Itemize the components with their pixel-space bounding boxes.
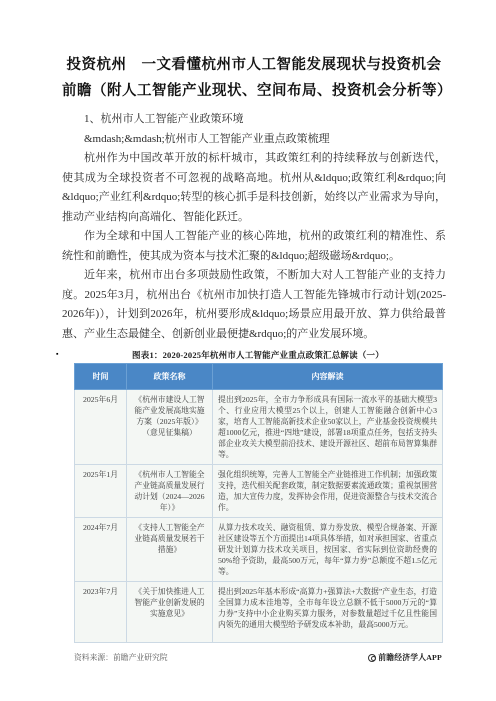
column-header-policy: 政策名称 xyxy=(127,364,213,390)
row1-content: 提出到2025年，全市力争形成具有国际一流水平的基础大模型3个、行业应用大模型2… xyxy=(213,390,443,465)
source-note: 资料来源：前瞻产业研究院 xyxy=(74,652,168,663)
row3-policy: 《支持人工智能全产业链高质量发展若干措施》 xyxy=(127,518,213,582)
page-title-line2: 前瞻（附人工智能产业现状、空间布局、投资机会分析等） xyxy=(62,78,446,104)
row4-content: 提出到2025年基本形成“高算力+强算法+大数据”产业生态，打造全国算力成本洼地… xyxy=(213,582,443,643)
section-heading: 1、杭州市人工智能产业政策环境 xyxy=(62,110,446,130)
figure-caption: 图表1：2020-2025年杭州市人工智能产业重点政策汇总解读（一） xyxy=(74,349,442,361)
paragraph-2: 作为全球和中国人工智能产业的核心阵地，杭州的政策红利的精准性、系统性和前瞻性，使… xyxy=(62,227,446,266)
table-row: 2024年7月 《支持人工智能全产业链高质量发展若干措施》 从算力技术攻关、融资… xyxy=(75,518,443,582)
brand-badge: 前瞻经济学人APP xyxy=(368,652,442,663)
column-header-content: 内容解读 xyxy=(213,364,443,390)
column-header-time: 时间 xyxy=(75,364,127,390)
row2-policy: 《杭州市人工智能全产业链高质量发展行动计划（2024—2026年）》 xyxy=(127,465,213,518)
row3-content: 从算力技术攻关、融资租赁、算力券发放、模型合规备案、开源社区建设等五个方面提出1… xyxy=(213,518,443,582)
list-bullet-icon: ▪ xyxy=(56,350,58,358)
paragraph-1: 杭州作为中国改革开放的标杆城市，其政策红利的持续释放与创新迭代，使其成为全球投资… xyxy=(62,149,446,227)
sub-heading: &mdash;&mdash;杭州市人工智能产业重点政策梳理 xyxy=(62,130,446,150)
figure-footer: 资料来源：前瞻产业研究院 前瞻经济学人APP xyxy=(74,652,442,663)
row3-time: 2024年7月 xyxy=(75,518,127,582)
row1-policy: 《杭州市建设人工智能产业发展高地实施方案（2025年版）》（意见征集稿） xyxy=(127,390,213,465)
table-row: 2025年1月 《杭州市人工智能全产业链高质量发展行动计划（2024—2026年… xyxy=(75,465,443,518)
row4-policy: 《关于加快推进人工智能产业创新发展的实施意见》 xyxy=(127,582,213,643)
figure-block: ▪ 图表1：2020-2025年杭州市人工智能产业重点政策汇总解读（一） 时间 … xyxy=(62,349,446,663)
page-title-line1: 投资杭州 一文看懂杭州市人工智能发展现状与投资机会 xyxy=(62,52,446,78)
brand-label: 前瞻经济学人APP xyxy=(378,652,442,663)
page-title: 投资杭州 一文看懂杭州市人工智能发展现状与投资机会 前瞻（附人工智能产业现状、空… xyxy=(62,52,446,104)
paragraph-3: 近年来，杭州市出台多项鼓励性政策，不断加大对人工智能产业的支持力度。2025年3… xyxy=(62,266,446,344)
policy-table: 时间 政策名称 内容解读 2025年6月 《杭州市建设人工智能产业发展高地实施方… xyxy=(74,363,443,643)
row2-content: 强化组织统筹，完善人工智能全产业链推进工作机制；加强政策支持，迭代相关配套政策，… xyxy=(213,465,443,518)
row2-time: 2025年1月 xyxy=(75,465,127,518)
row4-time: 2023年7月 xyxy=(75,582,127,643)
table-row: 2023年7月 《关于加快推进人工智能产业创新发展的实施意见》 提出到2025年… xyxy=(75,582,443,643)
qianzhan-logo-icon xyxy=(368,654,376,662)
article-page: 投资杭州 一文看懂杭州市人工智能发展现状与投资机会 前瞻（附人工智能产业现状、空… xyxy=(0,0,496,701)
row1-time: 2025年6月 xyxy=(75,390,127,465)
table-row: 2025年6月 《杭州市建设人工智能产业发展高地实施方案（2025年版）》（意见… xyxy=(75,390,443,465)
table-header-row: 时间 政策名称 内容解读 xyxy=(75,364,443,390)
